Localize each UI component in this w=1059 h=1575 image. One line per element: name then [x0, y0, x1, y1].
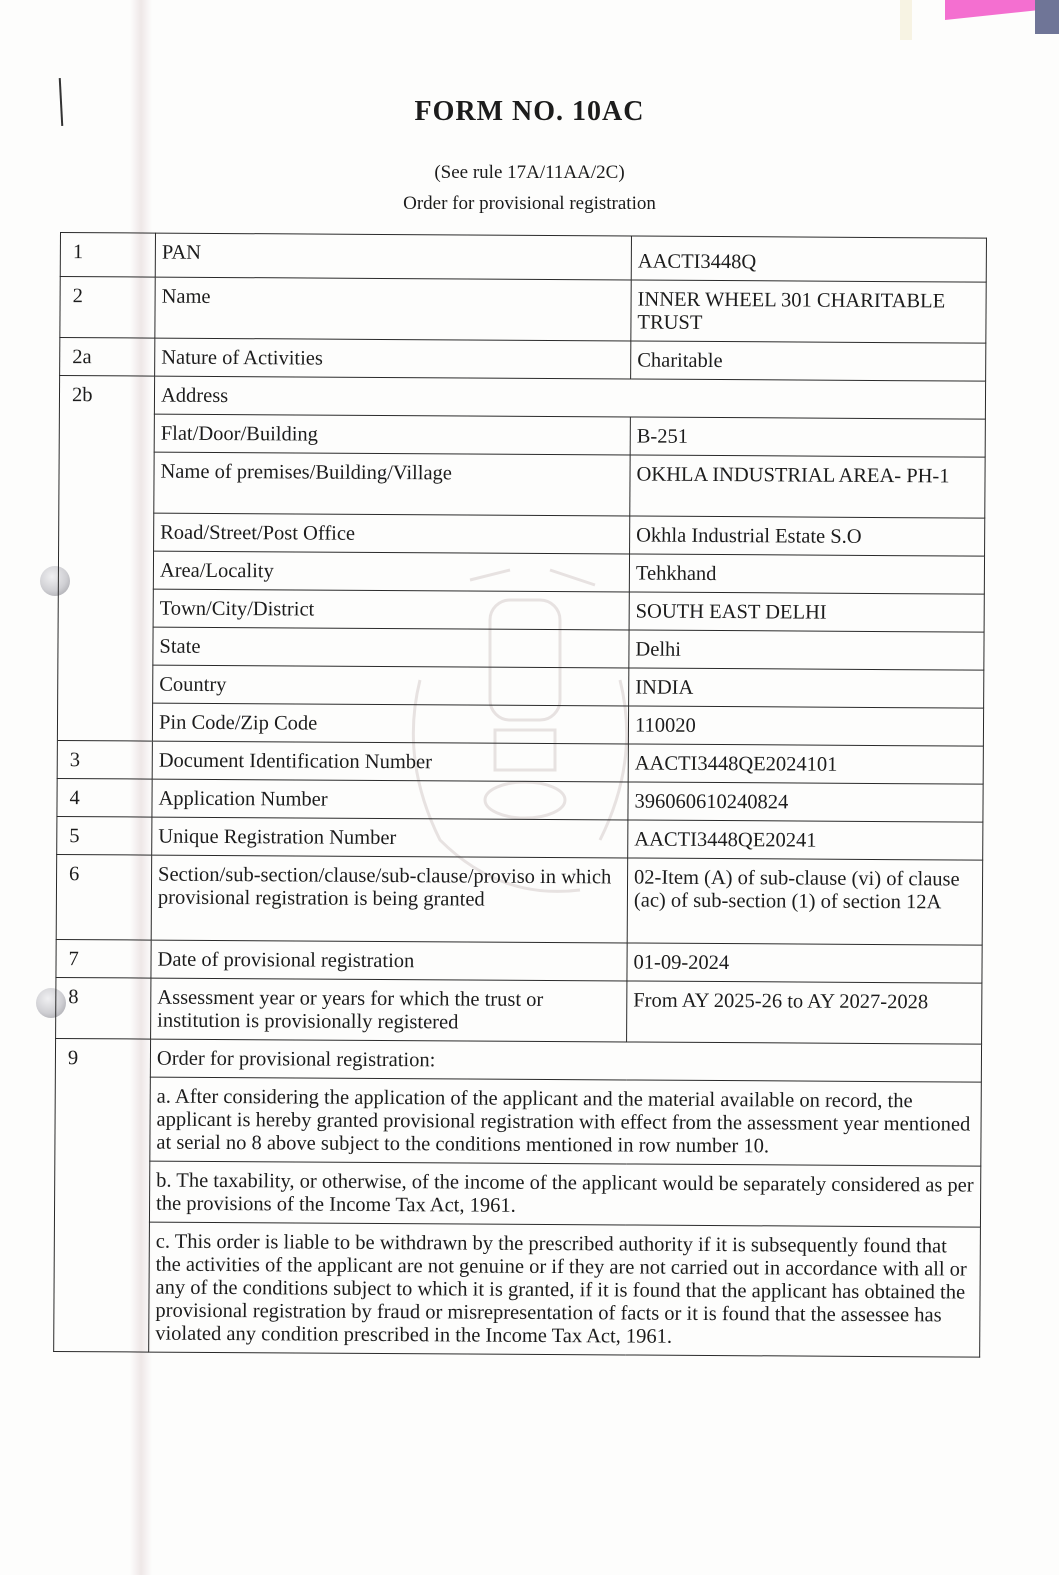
row-label: Name [155, 277, 631, 341]
rule-reference: (See rule 17A/11AA/2C) [0, 162, 1059, 184]
table-row: 3 Document Identification Number AACTI34… [57, 740, 983, 784]
row-number: 2a [60, 338, 155, 377]
row-number: 9 [54, 1038, 151, 1352]
row-value: Charitable [631, 341, 986, 381]
row-number: 8 [56, 977, 151, 1039]
row-value: 01-09-2024 [627, 943, 982, 983]
address-label: Flat/Door/Building [154, 414, 630, 455]
order-paragraph-c: c. This order is liable to be withdrawn … [149, 1222, 981, 1357]
address-row: Flat/Door/Building B-251 [59, 413, 985, 457]
address-value: INDIA [629, 668, 984, 708]
row-number: 5 [57, 816, 152, 855]
row-label: Address [154, 376, 985, 419]
address-label: Name of premises/Building/Village [154, 452, 630, 516]
row-number: 3 [57, 740, 152, 779]
address-value: Okhla Industrial Estate S.O [630, 516, 985, 556]
row-label: Application Number [152, 779, 628, 820]
address-value: B-251 [630, 417, 985, 457]
address-row: Town/City/District SOUTH EAST DELHI [58, 588, 984, 632]
row-label: Nature of Activities [155, 338, 631, 379]
address-row: State Delhi [58, 626, 984, 670]
table-row: 9 Order for provisional registration: [55, 1038, 981, 1082]
pink-sticky-tab [945, 0, 1035, 20]
table-row: 2a Nature of Activities Charitable [60, 338, 986, 382]
row-value: AACTI3448QE20241 [628, 820, 983, 860]
table-row: 6 Section/sub-section/clause/sub-clause/… [56, 854, 983, 945]
row-label: Unique Registration Number [152, 817, 628, 858]
row-value: AACTI3448Q [631, 236, 986, 282]
address-label: Road/Street/Post Office [154, 513, 630, 554]
order-paragraph-row: b. The taxability, or otherwise, of the … [54, 1160, 980, 1227]
row-value: 396060610240824 [628, 782, 983, 822]
order-paragraph-row: a. After considering the application of … [55, 1076, 981, 1166]
address-label: Town/City/District [153, 589, 629, 630]
address-label: State [153, 627, 629, 668]
address-row: Road/Street/Post Office Okhla Industrial… [59, 512, 985, 556]
registration-table: 1 PAN AACTI3448Q 2 Name INNER WHEEL 301 … [53, 232, 986, 1358]
form-subtitle: Order for provisional registration [0, 193, 1059, 215]
row-value: AACTI3448QE2024101 [628, 744, 983, 784]
row-value: 02-Item (A) of sub-clause (vi) of clause… [627, 858, 983, 945]
row-label: Document Identification Number [152, 741, 628, 782]
address-value: 110020 [628, 706, 983, 746]
row-number: 7 [56, 939, 151, 978]
row-number: 6 [56, 854, 152, 940]
address-value: Delhi [629, 630, 984, 670]
address-label: Country [153, 665, 629, 706]
blue-folder-edge [1035, 0, 1059, 34]
row-value: INNER WHEEL 301 CHARITABLE TRUST [631, 280, 986, 343]
row-number: 2b [57, 376, 154, 742]
address-value: OKHLA INDUSTRIAL AREA- PH-1 [630, 455, 985, 518]
order-heading: Order for provisional registration: [150, 1039, 981, 1082]
row-label: PAN [155, 233, 631, 280]
row-value: From AY 2025-26 to AY 2027-2028 [627, 981, 982, 1044]
address-value: SOUTH EAST DELHI [629, 592, 984, 632]
table-row: 4 Application Number 396060610240824 [57, 778, 983, 822]
table-row: 2 Name INNER WHEEL 301 CHARITABLE TRUST [60, 277, 986, 344]
order-paragraph-row: c. This order is liable to be withdrawn … [54, 1221, 981, 1357]
row-number: 2 [60, 277, 155, 339]
address-row: Country INDIA [58, 664, 984, 708]
table-row: 8 Assessment year or years for which the… [56, 977, 982, 1044]
address-value: Tehkhand [629, 554, 984, 594]
row-number: 4 [57, 778, 152, 817]
address-row: Pin Code/Zip Code 110020 [57, 702, 983, 746]
address-row: Area/Locality Tehkhand [58, 550, 984, 594]
table-row: 2b Address [59, 376, 985, 420]
table-row: 5 Unique Registration Number AACTI3448QE… [57, 816, 983, 860]
row-label: Date of provisional registration [151, 940, 627, 981]
background-edge [900, 0, 912, 40]
address-label: Area/Locality [153, 551, 629, 592]
table-row: 7 Date of provisional registration 01-09… [56, 939, 982, 983]
order-paragraph-a: a. After considering the application of … [150, 1077, 981, 1166]
address-label: Pin Code/Zip Code [152, 703, 628, 744]
address-row: Name of premises/Building/Village OKHLA … [59, 451, 985, 518]
row-number: 1 [60, 233, 155, 278]
table-row: 1 PAN AACTI3448Q [60, 233, 986, 283]
order-paragraph-b: b. The taxability, or otherwise, of the … [149, 1161, 980, 1227]
row-label: Assessment year or years for which the t… [151, 978, 627, 1042]
row-label: Section/sub-section/clause/sub-clause/pr… [151, 855, 628, 943]
form-title: FORM NO. 10AC [0, 96, 1059, 128]
